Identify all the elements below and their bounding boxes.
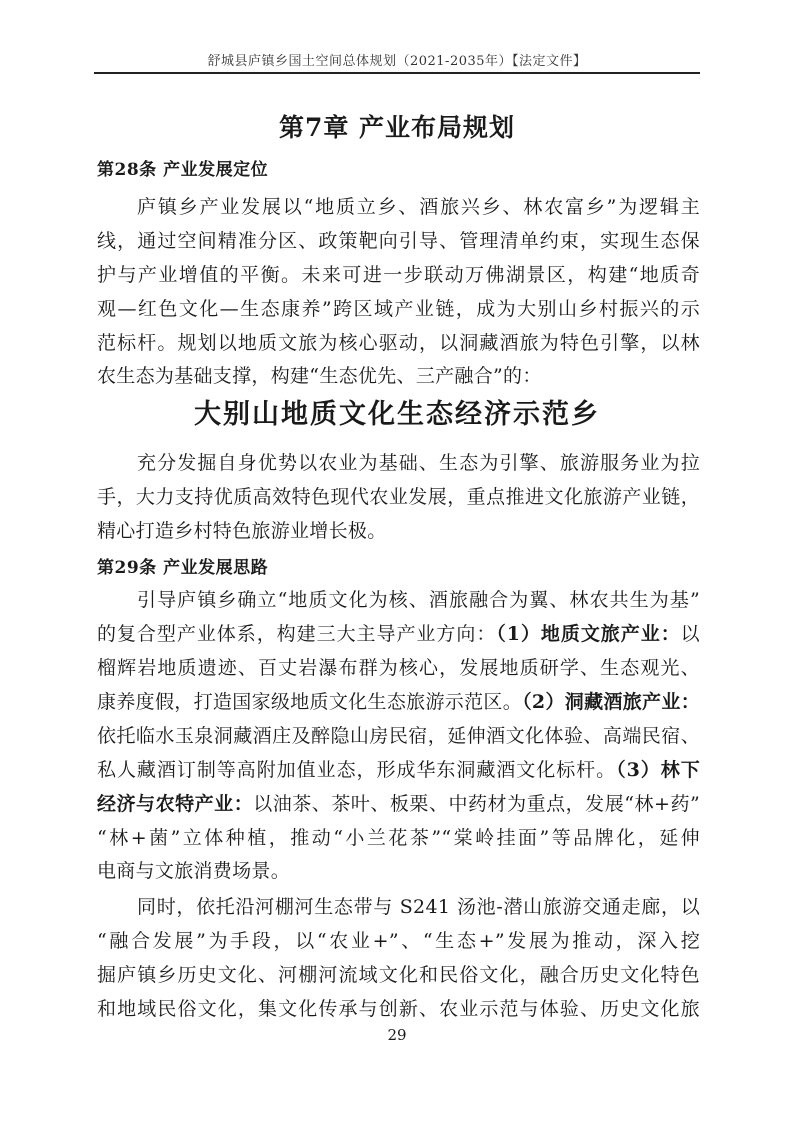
body-line: 和地域民俗文化，集文化传承与创新、农业示范与体验、历史文化旅 [97,996,700,1022]
body-line: 经济与农特产业：以油茶、茶叶、板栗、中药材为重点，发展“林+药” [97,791,700,817]
body-line: 电商与文旅消费场景。 [97,858,700,884]
body-line: 引导庐镇乡确立“地质文化为核、酒旅融合为翼、林农共生为基” [137,587,700,613]
body-line: 同时，依托沿河棚河生态带与 S241 汤池-潜山旅游交通走廊，以 [137,894,700,920]
industry-label-2: （2）洞藏酒旅产业： [522,691,700,713]
body-text: 以油茶、茶叶、板栗、中药材为重点，发展“林+药” [253,793,700,815]
body-line: 观—红色文化—生态康养”跨区域产业链，成为大别山乡村振兴的示 [97,296,700,322]
header-divider [94,72,700,74]
body-line: 精心打造乡村特色旅游业增长极。 [97,518,700,544]
body-line: 掘庐镇乡历史文化、河棚河流域文化和民俗文化，融合历史文化特色 [97,962,700,988]
article-28-title: 第28条 产业发展定位 [97,155,268,180]
body-line: 依托临水玉泉洞藏酒庄及醉隐山房民宿，延伸酒文化体验、高端民宿、 [97,723,700,749]
body-line: “林+菌”立体种植，推动“小兰花茶”“棠岭挂面”等品牌化，延伸 [97,825,700,851]
body-line: 手，大力支持优质高效特色现代农业发展，重点推进文化旅游产业链， [97,484,700,510]
running-header: 舒城县庐镇乡国土空间总体规划（2021-2035年）【法定文件】 [94,50,700,69]
body-line: 范标杆。规划以地质文旅为核心驱动，以洞藏酒旅为特色引擎，以林 [97,330,700,356]
body-line: 私人藏酒订制等高附加值业态，形成华东洞藏酒文化标杆。（3）林下 [97,757,700,783]
body-line: 线，通过空间精准分区、政策靶向引导、管理清单约束，实现生态保 [97,228,700,254]
body-line: “融合发展”为手段，以“农业+”、“生态+”发展为推动，深入挖 [97,928,700,954]
body-line: 的复合型产业体系，构建三大主导产业方向：（1）地质文旅产业：以 [97,621,700,647]
body-text: 的复合型产业体系，构建三大主导产业方向： [97,623,496,645]
body-line: 农生态为基础支撑，构建“生态优先、三产融合”的： [97,363,700,389]
body-text: 以 [681,623,700,645]
chapter-title: 第7章 产业布局规划 [94,108,700,144]
body-text: 康养度假，打造国家级地质文化生态旅游示范区。 [97,691,522,713]
body-line: 榴辉岩地质遗迹、百丈岩瀑布群为核心，发展地质研学、生态观光、 [97,655,700,681]
industry-label-1: （1）地质文旅产业： [496,623,680,645]
body-line: 护与产业增值的平衡。未来可进一步联动万佛湖景区，构建“地质奇 [97,262,700,288]
industry-label-3b: 经济与农特产业： [97,793,253,815]
body-text: 私人藏酒订制等高附加值业态，形成华东洞藏酒文化标杆。 [97,759,616,781]
article-29-title: 第29条 产业发展思路 [97,553,268,578]
page-number: 29 [94,1026,700,1044]
body-line: 庐镇乡产业发展以“地质立乡、酒旅兴乡、林农富乡”为逻辑主 [137,194,700,220]
industry-label-3a: （3）林下 [616,759,700,781]
positioning-title: 大别山地质文化生态经济示范乡 [94,392,700,431]
body-line: 康养度假，打造国家级地质文化生态旅游示范区。（2）洞藏酒旅产业： [97,689,700,715]
body-line: 充分发掘自身优势以农业为基础、生态为引擎、旅游服务业为拉 [137,450,700,476]
